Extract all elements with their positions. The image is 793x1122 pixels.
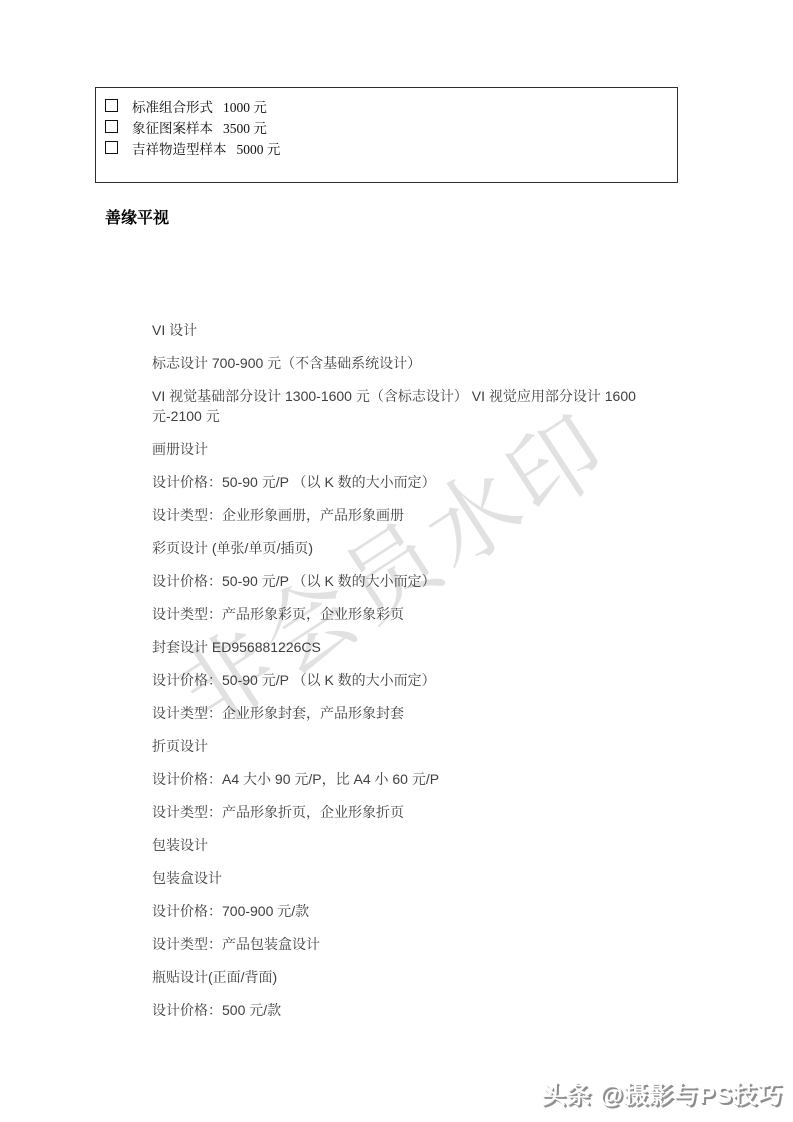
price-line: 折页设计 xyxy=(152,736,664,756)
option-label: 标准组合形式 xyxy=(132,96,213,116)
price-line: 设计价格：50-90 元/P （以 K 数的大小而定） xyxy=(152,571,664,591)
option-row: 标准组合形式 1000 元 xyxy=(105,95,677,116)
price-line: 设计类型：产品形象彩页，企业形象彩页 xyxy=(152,604,664,624)
checkbox-icon xyxy=(105,120,118,133)
price-line: 包装设计 xyxy=(152,835,664,855)
price-line: 标志设计 700-900 元（不含基础系统设计） xyxy=(152,353,664,373)
price-line: VI 设计 xyxy=(152,320,664,340)
option-price: 1000 元 xyxy=(223,96,267,116)
option-row: 吉祥物造型样本 5000 元 xyxy=(105,137,677,158)
price-line: 设计类型：企业形象封套，产品形象封套 xyxy=(152,703,664,723)
price-line: 设计类型：产品形象折页，企业形象折页 xyxy=(152,802,664,822)
option-price: 3500 元 xyxy=(223,117,267,137)
price-line: 设计价格：A4 大小 90 元/P，比 A4 小 60 元/P xyxy=(152,769,664,789)
price-line: 瓶贴设计(正面/背面) xyxy=(152,967,664,987)
price-options-box: 标准组合形式 1000 元 象征图案样本 3500 元 吉祥物造型样本 5000… xyxy=(95,87,678,183)
price-line: 设计价格：50-90 元/P （以 K 数的大小而定） xyxy=(152,472,664,492)
price-line: 设计类型：企业形象画册，产品形象画册 xyxy=(152,505,664,525)
price-line: 画册设计 xyxy=(152,439,664,459)
section-heading: 善缘平视 xyxy=(105,208,169,230)
price-line: 设计价格：500 元/款 xyxy=(152,1000,664,1020)
price-line: 设计价格：700-900 元/款 xyxy=(152,901,664,921)
price-line: 包装盒设计 xyxy=(152,868,664,888)
document-page: 非会员水印 标准组合形式 1000 元 象征图案样本 3500 元 吉祥物造型样… xyxy=(0,0,793,1122)
option-label: 吉祥物造型样本 xyxy=(132,138,227,158)
price-line: 封套设计 ED956881226CS xyxy=(152,637,664,657)
price-line: VI 视觉基础部分设计 1300-1600 元（含标志设计） VI 视觉应用部分… xyxy=(152,386,664,426)
price-line: 设计价格：50-90 元/P （以 K 数的大小而定） xyxy=(152,670,664,690)
price-line: 彩页设计 (单张/单页/插页) xyxy=(152,538,664,558)
toutiao-watermark: 头条 @摄影与PS技巧 xyxy=(542,1075,783,1110)
price-list: VI 设计 标志设计 700-900 元（不含基础系统设计） VI 视觉基础部分… xyxy=(152,320,664,1033)
price-line: 设计类型：产品包装盒设计 xyxy=(152,934,664,954)
option-row: 象征图案样本 3500 元 xyxy=(105,116,677,137)
option-price: 5000 元 xyxy=(237,138,281,158)
checkbox-icon xyxy=(105,141,118,154)
checkbox-icon xyxy=(105,99,118,112)
option-label: 象征图案样本 xyxy=(132,117,213,137)
